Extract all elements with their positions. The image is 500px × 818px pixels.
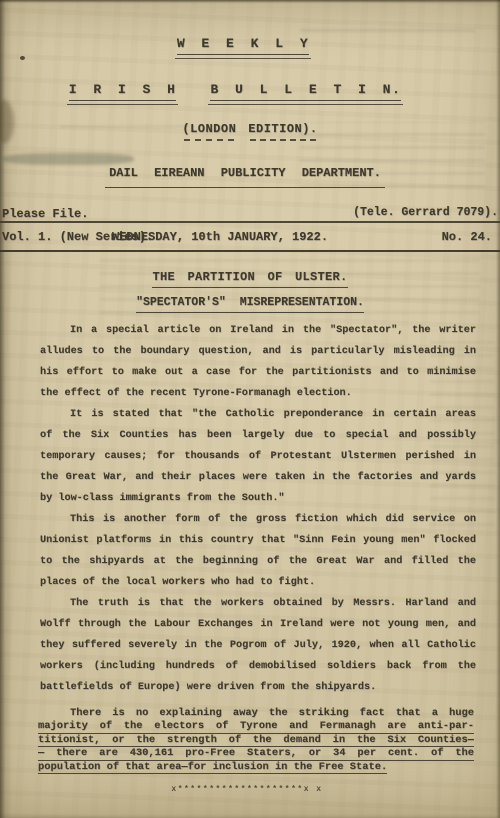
edition-line: (LONDONEDITION). [0, 122, 500, 136]
text-line: alludes to the boundary question, and is… [40, 341, 476, 362]
masthead-title: I R I S HB U L L E T I N. [0, 82, 470, 97]
masthead-bulletin-text: B U L L E T I N. [210, 82, 401, 101]
text-line: It is stated that "the Catholic preponde… [40, 404, 476, 425]
page-edge-shadow-top [0, 0, 500, 3]
department-text: DAIL EIREANN PUBLICITY DEPARTMENT. [105, 166, 385, 188]
text-line: places of the local workers who had to f… [40, 572, 476, 593]
text-line: This is another form of the gross fictio… [40, 509, 476, 530]
bleed-through-smudge [2, 153, 134, 165]
masthead-weekly: W E E K L Y [0, 36, 486, 51]
header-rule [0, 221, 500, 223]
article-subtitle: "SPECTATOR'S" MISREPRESENTATION. [0, 296, 500, 309]
date-label: WEDNESDAY, 10th JANUARY, 1922. [112, 230, 328, 244]
text-line: they suffered severely in the Pogrom of … [40, 635, 476, 656]
text-line: the Great War, and their places were tak… [40, 467, 476, 488]
telephone-note: (Tele. Gerrard 7079). [353, 206, 498, 219]
masthead-rule [0, 250, 500, 252]
text-line: temporary causes; for thousands of Prote… [40, 446, 476, 467]
article-body: In a special article on Ireland in the "… [40, 320, 476, 698]
text-line: majority of the electors of Tyrone and F… [38, 720, 474, 733]
document-page: W E E K L Y I R I S HB U L L E T I N. (L… [0, 0, 500, 818]
department-line: DAIL EIREANN PUBLICITY DEPARTMENT. [0, 166, 490, 180]
text-line: There is no explaining away the striking… [38, 707, 474, 720]
emphasised-paragraph: There is no explaining away the striking… [38, 707, 474, 774]
text-line: titionist, or the strength of the demand… [38, 734, 474, 747]
text-line: the effect of the recent Tyrone-Formanag… [40, 383, 476, 404]
paragraph-2: It is stated that "the Catholic preponde… [40, 404, 476, 509]
text-line: In a special article on Ireland in the "… [40, 320, 476, 341]
text-line: to the shipyards at the beginning of the… [40, 551, 476, 572]
article-subtitle-text: "SPECTATOR'S" MISREPRESENTATION. [136, 296, 364, 313]
text-line: Unionist platforms in this country that … [40, 530, 476, 551]
ink-speck [20, 56, 25, 60]
text-line: by low-class immigrants from the South." [40, 488, 476, 509]
paragraph-1: In a special article on Ireland in the "… [40, 320, 476, 404]
bleed-through-marks [300, 20, 475, 36]
text-line: his effort to make out a case for the pa… [40, 362, 476, 383]
paragraph-4: The truth is that the workers obtained b… [40, 593, 476, 698]
edition-word-edition: EDITION). [248, 122, 317, 138]
typed-divider: x********************x x [0, 785, 494, 794]
article-title-text: THE PARTITION OF ULSTER. [152, 270, 347, 288]
please-file-label: Please File. [2, 207, 88, 221]
article-title: THE PARTITION OF ULSTER. [0, 270, 500, 284]
edition-word-london: (LONDON [182, 122, 236, 138]
text-line: population of that area—for inclusion in… [38, 761, 474, 774]
text-line: The truth is that the workers obtained b… [40, 593, 476, 614]
text-line: — there are 430,161 pro-Free Staters, or… [38, 747, 474, 760]
text-line: Wolff through the Labour Exchanges in Ir… [40, 614, 476, 635]
text-line: of the Six Counties has been largely due… [40, 425, 476, 446]
masthead-weekly-text: W E E K L Y [177, 36, 309, 55]
masthead-irish-text: I R I S H [69, 82, 177, 101]
issue-number: No. 24. [442, 230, 492, 244]
text-line: battlefields of Europe) were driven from… [40, 677, 476, 698]
paragraph-3: This is another form of the gross fictio… [40, 509, 476, 593]
text-line: workers (including hundreds of demobilis… [40, 656, 476, 677]
